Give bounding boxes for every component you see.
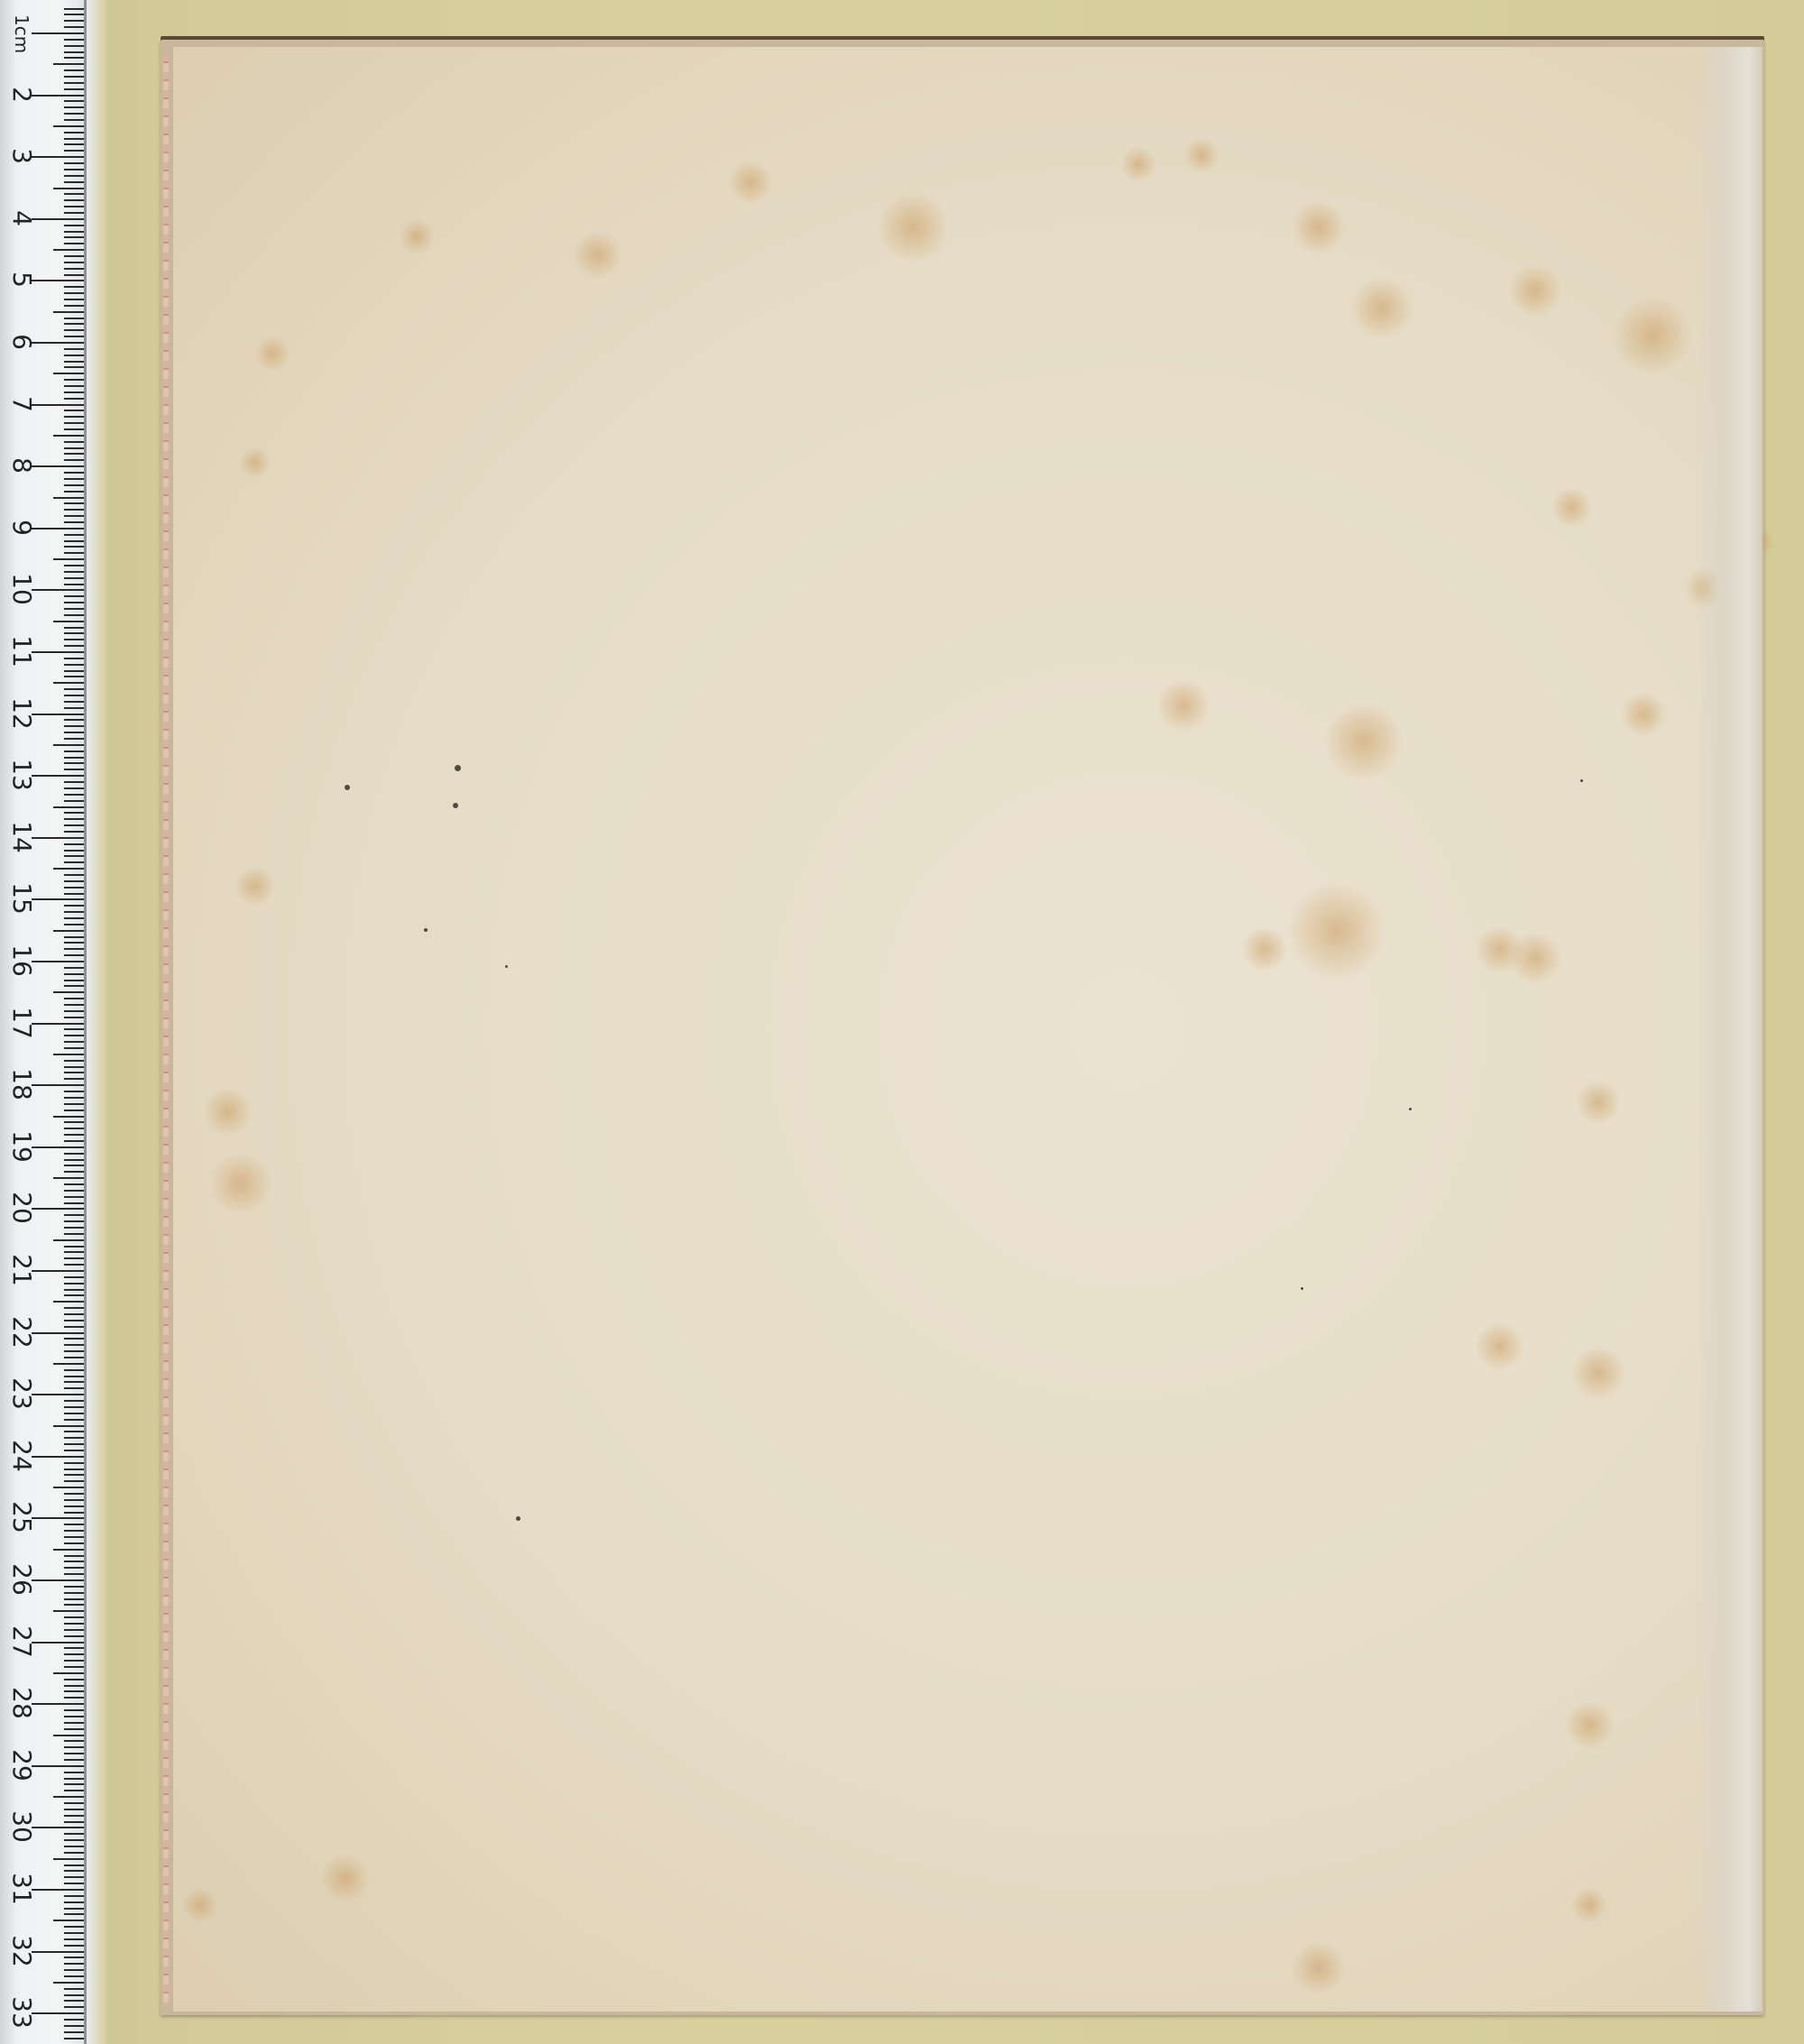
ruler-tick [64, 1716, 84, 1717]
ruler-tick [64, 1196, 84, 1198]
ruler-label: 2 [8, 77, 35, 113]
ruler-tick [64, 1320, 84, 1321]
ruler-tick [64, 366, 84, 368]
ruler-tick [64, 472, 84, 474]
ruler-tick [64, 719, 84, 721]
ruler-tick [64, 138, 84, 140]
ruler-tick [64, 1938, 84, 1940]
ruler-tick [64, 1257, 84, 1259]
ruler-tick [32, 32, 84, 34]
ruler-tick [64, 1128, 84, 1129]
ruler-tick [64, 1512, 84, 1514]
ruler-tick [64, 1450, 84, 1451]
foxing-stain [1551, 487, 1592, 528]
ruler-tick [64, 1121, 84, 1123]
ruler-label: 17 [8, 1005, 35, 1041]
ruler-tick [64, 1091, 84, 1092]
ruler-tick [64, 552, 84, 554]
ruler-tick [64, 893, 84, 895]
ruler-tick [64, 379, 84, 381]
ruler-tick [64, 175, 84, 177]
ruler-label: 6 [8, 324, 35, 360]
ruler-label: 9 [8, 510, 35, 546]
ruler-tick [32, 961, 84, 962]
ruler-tick [64, 1505, 84, 1507]
ruler-tick [64, 1313, 84, 1315]
ruler-label: 20 [8, 1190, 35, 1226]
debris-speck [345, 785, 350, 790]
ruler-tick [64, 150, 84, 152]
ruler-tick [64, 1202, 84, 1204]
ruler-tick [64, 1294, 84, 1296]
debris-speck [505, 965, 508, 968]
ruler-tick [64, 1413, 84, 1414]
ruler-tick [64, 980, 84, 981]
ruler-tick [53, 1116, 84, 1118]
ruler-tick [64, 1945, 84, 1947]
ruler-tick [32, 1023, 84, 1025]
ruler-label: 23 [8, 1376, 35, 1412]
debris-speck [455, 765, 461, 771]
ruler-tick [64, 645, 84, 647]
ruler-tick [64, 193, 84, 195]
ruler-tick [64, 1017, 84, 1018]
ruler-tick [64, 1592, 84, 1594]
ruler-tick [64, 1604, 84, 1606]
ruler-label: 16 [8, 943, 35, 979]
ruler-tick [32, 1456, 84, 1458]
ruler-tick [64, 1821, 84, 1823]
ruler-tick [64, 1153, 84, 1155]
foxing-stain [1576, 1080, 1621, 1125]
ruler-tick [64, 1097, 84, 1099]
ruler-tick [64, 1004, 84, 1006]
foxing-stain [1475, 1321, 1524, 1371]
ruler-tick [64, 707, 84, 709]
ruler-tick [64, 2031, 84, 2033]
ruler-tick [64, 1740, 84, 1742]
ruler-tick [64, 1437, 84, 1439]
ruler-tick [64, 1790, 84, 1791]
foxing-stain [320, 1854, 370, 1903]
ruler-tick [53, 311, 84, 313]
ruler-tick [53, 125, 84, 127]
ruler-tick [64, 595, 84, 597]
ruler-tick [64, 398, 84, 400]
ruler-tick [64, 441, 84, 443]
ruler-tick [32, 1270, 84, 1272]
ruler-tick [64, 1802, 84, 1804]
ruler-tick [64, 348, 84, 350]
ruler-tick [64, 861, 84, 863]
ruler-label: 22 [8, 1314, 35, 1350]
ruler-label: 13 [8, 757, 35, 793]
ruler-tick [32, 528, 84, 529]
ruler-tick [64, 459, 84, 461]
ruler-tick [64, 1041, 84, 1043]
ruler-tick [64, 1419, 84, 1421]
ruler-tick [64, 1759, 84, 1761]
ruler-tick [64, 255, 84, 257]
ruler-tick [64, 1406, 84, 1408]
debris-speck [453, 803, 458, 808]
ruler-tick [64, 1066, 84, 1068]
ruler-tick [64, 1623, 84, 1625]
ruler-tick [64, 1809, 84, 1810]
ruler-tick [64, 1876, 84, 1878]
ruler-tick [32, 1394, 84, 1395]
ruler-tick [64, 453, 84, 455]
ruler-tick [64, 286, 84, 288]
ruler-label: 18 [8, 1066, 35, 1102]
ruler-tick [64, 855, 84, 857]
ruler-tick [53, 373, 84, 374]
ruler-tick [53, 435, 84, 437]
ruler-tick [64, 534, 84, 536]
ruler-tick [64, 1561, 84, 1562]
ruler-label: 26 [8, 1561, 35, 1597]
ruler-tick [64, 1783, 84, 1785]
ruler-tick [64, 1598, 84, 1600]
ruler-tick [64, 812, 84, 814]
foxing-stain [1183, 137, 1220, 173]
ruler-tick [53, 1301, 84, 1303]
ruler-tick [64, 14, 84, 15]
ruler-tick [64, 1072, 84, 1073]
ruler-tick [53, 1735, 84, 1736]
ruler-tick [64, 1629, 84, 1631]
ruler-tick [64, 546, 84, 548]
ruler-tick [64, 262, 84, 263]
ruler-tick [64, 106, 84, 108]
ruler-tick [64, 787, 84, 789]
ruler-tick [64, 1233, 84, 1235]
ruler-tick [64, 1870, 84, 1872]
ruler-tick [64, 1190, 84, 1192]
ruler-tick [64, 954, 84, 956]
ruler-tick [64, 1159, 84, 1161]
ruler-tick [64, 1010, 84, 1012]
ruler-tick [64, 478, 84, 480]
ruler-tick [64, 738, 84, 740]
ruler-tick [64, 447, 84, 449]
ruler-tick [64, 1697, 84, 1699]
foxing-stain [877, 191, 949, 263]
ruler-label: 3 [8, 138, 35, 174]
ruler-tick [64, 1109, 84, 1111]
ruler-tick [32, 156, 84, 158]
foxing-stain [1242, 926, 1287, 971]
foxing-stain [1292, 1941, 1346, 1995]
ruler-tick [64, 1895, 84, 1897]
ruler-tick [64, 917, 84, 919]
ruler-tick [64, 1555, 84, 1557]
ruler-tick [64, 143, 84, 145]
ruler-tick [32, 1517, 84, 1519]
ruler-tick [64, 602, 84, 603]
ruler-tick [32, 775, 84, 777]
ruler-label: 5 [8, 262, 35, 298]
ruler-tick [32, 280, 84, 281]
foxing-stain [1571, 1887, 1607, 1923]
ruler-tick [64, 1647, 84, 1649]
ruler-tick [64, 831, 84, 833]
ruler-tick [64, 199, 84, 201]
foxing-stain [1621, 692, 1666, 737]
ruler-tick [64, 1357, 84, 1358]
ruler-tick [53, 806, 84, 808]
ruler-tick [64, 1376, 84, 1377]
ruler-tick [64, 800, 84, 802]
ruler-label: 28 [8, 1685, 35, 1721]
ruler-tick [64, 627, 84, 629]
ruler-label: 27 [8, 1624, 35, 1660]
ruler-tick [64, 51, 84, 53]
ruler-tick [64, 515, 84, 517]
ruler-tick [32, 1146, 84, 1148]
ruler-tick [64, 236, 84, 238]
ruler-tick [53, 558, 84, 560]
ruler-tick [64, 577, 84, 579]
ruler-tick [53, 1239, 84, 1241]
ruler-tick [64, 1283, 84, 1284]
ruler-tick [64, 911, 84, 913]
ruler-tick [64, 1220, 84, 1222]
ruler-tick [32, 1579, 84, 1581]
ruler-shadow [87, 0, 106, 2044]
ruler-tick [64, 1462, 84, 1464]
foxing-stain [1323, 701, 1404, 782]
ruler-tick [64, 1728, 84, 1730]
ruler-tick [64, 781, 84, 783]
foxing-stain [728, 160, 773, 205]
foxing-stain [182, 1887, 218, 1923]
ruler-tick [64, 936, 84, 938]
ruler-tick [64, 1883, 84, 1884]
foxing-stain [399, 218, 435, 254]
foxing-stain [239, 447, 271, 478]
ruler-tick [64, 1864, 84, 1866]
debris-speck [516, 1516, 520, 1521]
ruler-tick [64, 769, 84, 770]
ruler-tick [64, 1289, 84, 1291]
ruler-tick [32, 1084, 84, 1086]
ruler-tick [64, 410, 84, 411]
binding-strip [1696, 47, 1763, 2012]
ruler-tick [32, 342, 84, 344]
ruler-tick [64, 206, 84, 207]
ruler-tick [64, 20, 84, 22]
foxing-stain [1120, 146, 1156, 182]
ruler-tick [64, 1772, 84, 1773]
ruler-tick [64, 948, 84, 950]
ruler-tick [32, 95, 84, 97]
ruler-label: 7 [8, 386, 35, 422]
ruler-tick [64, 973, 84, 975]
ruler-tick [64, 2006, 84, 2008]
ruler-tick [32, 1951, 84, 1953]
blank-page [173, 47, 1763, 2012]
ruler-tick [32, 1827, 84, 1828]
ruler-tick [64, 1746, 84, 1748]
ruler-tick [53, 1858, 84, 1860]
ruler-tick [64, 1839, 84, 1841]
debris-speck [1580, 779, 1583, 782]
ruler-tick [64, 794, 84, 796]
ruler-tick [53, 682, 84, 684]
ruler-tick [64, 676, 84, 677]
ruler-tick [32, 404, 84, 406]
ruler-tick [64, 1264, 84, 1266]
ruler-tick [64, 57, 84, 59]
ruler-tick [64, 1078, 84, 1080]
ruler-tick [64, 887, 84, 888]
ruler-label: 1cm [8, 14, 35, 51]
debris-speck [1409, 1108, 1412, 1110]
ruler-tick [64, 1666, 84, 1668]
ruler-tick [64, 1381, 84, 1383]
ruler-tick [64, 502, 84, 504]
ruler-tick [64, 361, 84, 363]
ruler-tick [32, 1332, 84, 1334]
ruler-tick [64, 1387, 84, 1389]
foxing-stain [254, 336, 290, 372]
ruler-tick [64, 880, 84, 882]
ruler-tick [64, 1957, 84, 1958]
foxing-stain [1508, 263, 1562, 318]
ruler-tick [32, 898, 84, 900]
ruler-tick [64, 1685, 84, 1687]
ruler-tick [32, 589, 84, 591]
ruler-tick [64, 391, 84, 393]
ruler-tick [64, 1047, 84, 1049]
ruler-tick [64, 354, 84, 356]
foxing-stain [1612, 295, 1693, 376]
ruler-tick [64, 318, 84, 319]
ruler-tick [64, 905, 84, 907]
ruler-tick [32, 651, 84, 653]
ruler-tick [64, 323, 84, 325]
ruler-tick [64, 2000, 84, 2002]
ruler-tick [64, 571, 84, 573]
ruler-tick [64, 1493, 84, 1495]
ruler-tick [64, 632, 84, 634]
ruler-tick [53, 188, 84, 189]
debris-speck [424, 928, 428, 932]
ruler-tick [53, 1920, 84, 1921]
ruler-tick [64, 1635, 84, 1637]
ruler-tick [32, 1208, 84, 1210]
ruler-tick [53, 1672, 84, 1674]
ruler-label: 12 [8, 695, 35, 732]
ruler-tick [64, 231, 84, 233]
ruler-tick [64, 614, 84, 616]
ruler-tick [64, 1988, 84, 1990]
foxing-stain [1571, 1346, 1625, 1400]
ruler-tick [64, 1469, 84, 1470]
foxing-stain [203, 1087, 253, 1137]
ruler-tick [32, 465, 84, 467]
ruler-tick [64, 1103, 84, 1105]
ruler-label: 21 [8, 1252, 35, 1288]
ruler-tick [64, 162, 84, 164]
ruler-tick [64, 1431, 84, 1432]
ruler-tick [64, 757, 84, 759]
ruler-tick [64, 695, 84, 696]
ruler-tick [64, 1846, 84, 1847]
ruler-tick [64, 212, 84, 214]
ruler-label: 8 [8, 447, 35, 483]
foxing-stain [1350, 277, 1413, 340]
ruler-tick [64, 967, 84, 969]
ruler-tick [64, 39, 84, 41]
ruler-label: 32 [8, 1933, 35, 1969]
ruler-tick [64, 1660, 84, 1662]
ruler-tick [64, 243, 84, 244]
ruler-tick [53, 1363, 84, 1365]
ruler-tick [64, 1833, 84, 1835]
ruler-tick [64, 1499, 84, 1501]
ruler-tick [64, 1171, 84, 1173]
ruler-tick [64, 82, 84, 84]
ruler-tick [64, 299, 84, 300]
ruler-tick [64, 484, 84, 486]
ruler-label: 24 [8, 1438, 35, 1474]
ruler-tick [64, 119, 84, 121]
ruler-tick [64, 1926, 84, 1928]
ruler-label: 4 [8, 200, 35, 236]
ruler-tick [64, 725, 84, 727]
ruler-tick [64, 76, 84, 78]
ruler-tick [64, 2019, 84, 2021]
foxing-stain [1156, 678, 1210, 732]
ruler-tick [32, 2012, 84, 2014]
ruler-tick [64, 584, 84, 585]
ruler-label: 33 [8, 1994, 35, 2030]
ruler-tick [64, 305, 84, 307]
ruler-tick [64, 843, 84, 845]
ruler-tick [64, 732, 84, 733]
ruler-tick [64, 2038, 84, 2039]
ruler-tick [64, 1350, 84, 1352]
ruler-tick [53, 1425, 84, 1427]
foxing-stain [235, 866, 275, 907]
ruler-tick [64, 664, 84, 666]
ruler-tick [64, 1542, 84, 1544]
ruler-tick [32, 1642, 84, 1643]
ruler-tick [53, 991, 84, 993]
ruler-tick [64, 1815, 84, 1817]
ruler-tick [64, 658, 84, 659]
ruler-tick [64, 1183, 84, 1185]
ruler-tick [64, 274, 84, 276]
ruler-tick [64, 225, 84, 226]
ruler-tick [64, 874, 84, 876]
ruler-tick [64, 1344, 84, 1346]
ruler-tick [64, 428, 84, 430]
ruler-tick [64, 1908, 84, 1910]
ruler-tick [64, 1246, 84, 1248]
ruler-tick [64, 1994, 84, 1996]
ruler-tick [64, 762, 84, 764]
ruler-tick [64, 1165, 84, 1166]
ruler-tick [64, 639, 84, 640]
ruler-tick [64, 1709, 84, 1711]
ruler-tick [64, 1134, 84, 1136]
ruler-tick [53, 930, 84, 932]
ruler-tick [64, 1932, 84, 1934]
ruler-tick [64, 1400, 84, 1402]
